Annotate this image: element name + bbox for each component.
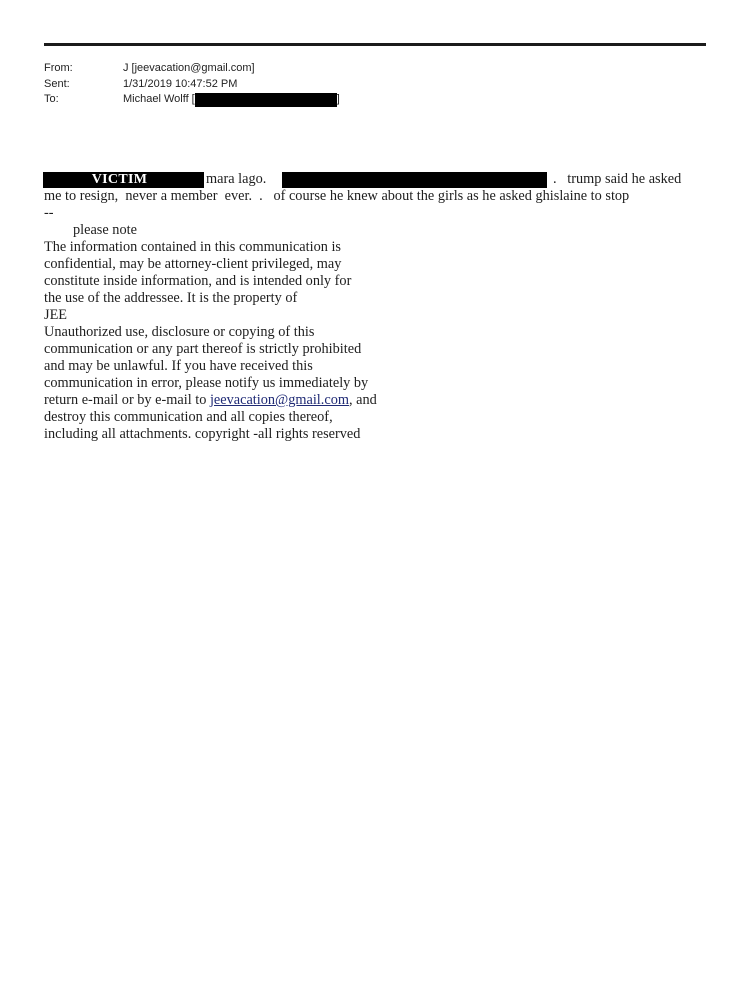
email-body: VICTIM mara lago. . trump said he asked … xyxy=(44,171,629,443)
header-divider-rule xyxy=(44,43,706,46)
disclaimer-line: The information contained in this commun… xyxy=(44,239,629,256)
disclaimer-line: including all attachments. copyright -al… xyxy=(44,426,629,443)
disclaimer-line: communication or any part thereof is str… xyxy=(44,341,629,358)
email-link[interactable]: jeevacation@gmail.com xyxy=(210,392,349,408)
disclaimer-line: destroy this communication and all copie… xyxy=(44,409,629,426)
disclaimer-line: constitute inside information, and is in… xyxy=(44,273,629,290)
to-bracket-close: ] xyxy=(337,93,340,105)
from-label: From: xyxy=(44,61,73,76)
to-label: To: xyxy=(44,92,59,107)
disclaimer-return-line: return e-mail or by e-mail to jeevacatio… xyxy=(44,392,629,409)
body-line-1: VICTIM mara lago. . trump said he asked xyxy=(44,171,629,188)
sent-label: Sent: xyxy=(44,77,70,92)
to-name: Michael Wolff [ xyxy=(123,93,195,105)
return-line-suffix: , and xyxy=(349,392,377,408)
disclaimer-line: communication in error, please notify us… xyxy=(44,375,629,392)
to-email-redaction xyxy=(195,93,337,107)
disclaimer-line: Unauthorized use, disclosure or copying … xyxy=(44,324,629,341)
signature-separator: -- xyxy=(44,205,629,222)
from-value: J [jeevacation@gmail.com] xyxy=(123,61,255,76)
disclaimer-line: and may be unlawful. If you have receive… xyxy=(44,358,629,375)
disclaimer-line: JEE xyxy=(44,307,629,324)
body-text-trump: . trump said he asked xyxy=(553,171,681,188)
body-redaction-box xyxy=(282,172,547,188)
victim-redaction-box: VICTIM xyxy=(43,172,204,188)
body-line-2: me to resign, never a member ever. . of … xyxy=(44,188,629,205)
return-line-prefix: return e-mail or by e-mail to xyxy=(44,392,210,408)
sent-value: 1/31/2019 10:47:52 PM xyxy=(123,77,237,92)
disclaimer-line: confidential, may be attorney-client pri… xyxy=(44,256,629,273)
body-text-mara-lago: mara lago. xyxy=(206,171,266,188)
to-value: Michael Wolff [] xyxy=(123,92,340,107)
please-note: please note xyxy=(44,222,629,239)
disclaimer-line: the use of the addressee. It is the prop… xyxy=(44,290,629,307)
